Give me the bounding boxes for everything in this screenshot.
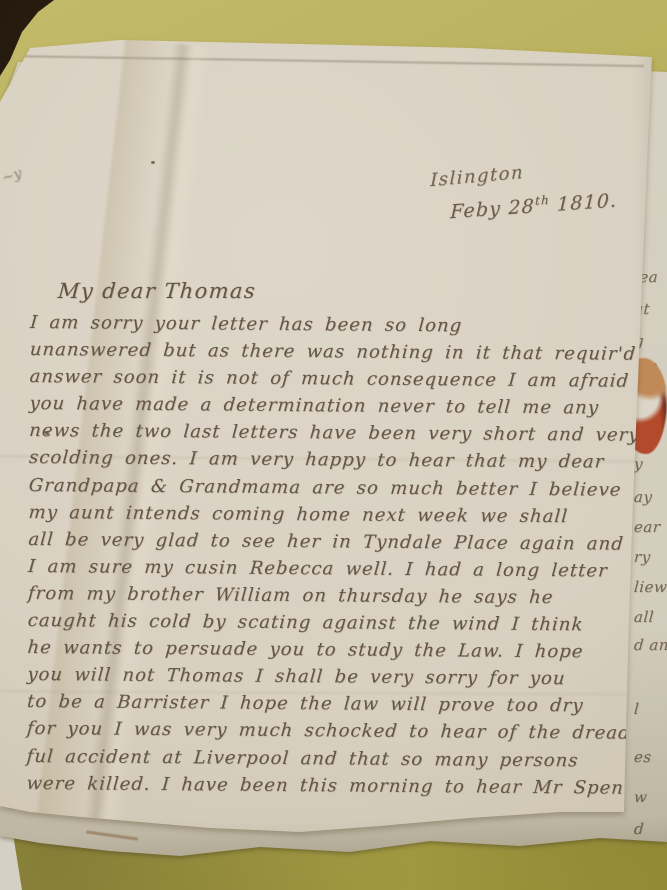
letter-line: Grandpapa & Grandmama are so much better… (28, 475, 623, 507)
letter-date: Feby 28th 1810. (450, 188, 618, 223)
letter-body: I am sorry your letter has been so longu… (26, 312, 648, 805)
margin-scribble: ~y (0, 165, 24, 186)
letter-line: I am sorry your letter has been so long (29, 312, 463, 342)
letter-line: for you I was very much schocked to hear… (26, 718, 632, 750)
letter-line: were killed. I have been this morning to… (25, 773, 647, 805)
letter-line: ful accident at Liverpool and that so ma… (25, 745, 579, 776)
letter-line: my aunt intends coming home next week we… (27, 502, 569, 533)
letter-photograph: leaatgamyayearryliewalld anleswd ~y Isli… (0, 0, 667, 890)
letter-line: from my brother William on thursday he s… (27, 583, 555, 614)
letter-date-ordinal: th (535, 193, 550, 208)
page-seam-line (2, 55, 644, 67)
ink-speck (151, 161, 155, 164)
letter-page-wrap: ~y Islington Feby 28th 1810. My dear Tho… (0, 0, 667, 890)
letter-date-main: Feby 28 (450, 195, 535, 223)
letter-line: scolding ones. I am very happy to hear t… (28, 447, 605, 479)
letter-place: Islington (430, 162, 524, 191)
letter-salutation: My dear Thomas (57, 279, 257, 303)
letter-date-year: 1810. (549, 189, 617, 216)
letter-page: ~y Islington Feby 28th 1810. My dear Tho… (0, 0, 667, 890)
